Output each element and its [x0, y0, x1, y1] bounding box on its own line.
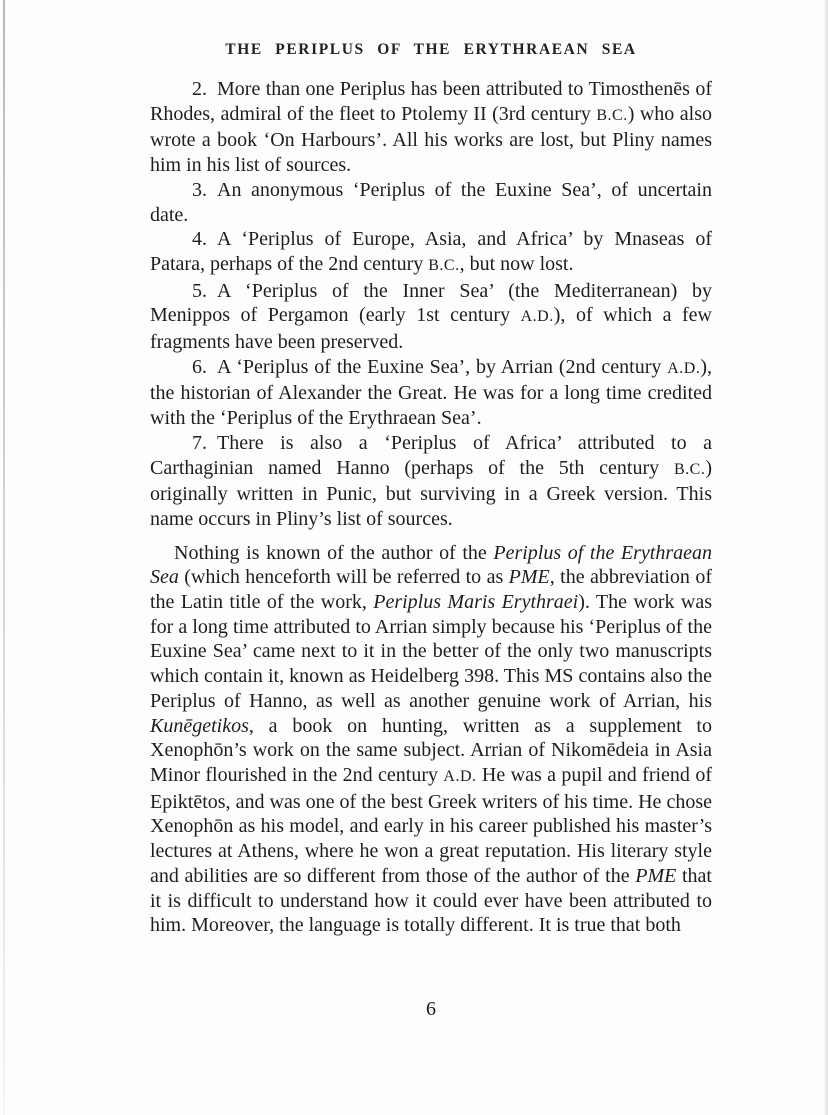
- running-header: THE PERIPLUS OF THE ERYTHRAEAN SEA: [150, 41, 712, 59]
- text-segment: PME: [635, 865, 676, 887]
- text-segment: PME: [509, 566, 550, 588]
- text-block: 2. More than one Periplus has been attri…: [150, 77, 712, 938]
- text-segment: A.D.: [667, 360, 700, 377]
- page-number: 6: [150, 998, 712, 1021]
- scan-right-edge-shade: [823, 0, 828, 1115]
- numbered-item-3: 3. An anonymous ‘Periplus of the Euxine …: [150, 178, 712, 227]
- text-segment: 7. There is also a ‘Periplus of Africa’ …: [150, 432, 712, 479]
- text-segment: (which henceforth will be referred to as: [179, 566, 509, 588]
- text-segment: B.C.: [596, 107, 627, 124]
- text-segment: 6. A ‘Periplus of the Euxine Sea’, by Ar…: [192, 356, 667, 378]
- text-segment: A.D.: [521, 308, 554, 325]
- book-page: THE PERIPLUS OF THE ERYTHRAEAN SEA 2. Mo…: [0, 0, 828, 1115]
- text-segment: B.C.: [674, 461, 705, 478]
- text-segment: , but now lost.: [460, 253, 574, 275]
- numbered-item-6: 6. A ‘Periplus of the Euxine Sea’, by Ar…: [150, 355, 712, 431]
- numbered-item-4: 4. A ‘Periplus of Europe, Asia, and Afri…: [150, 227, 712, 278]
- text-segment: A.D.: [443, 768, 476, 785]
- numbered-item-7: 7. There is also a ‘Periplus of Africa’ …: [150, 431, 712, 532]
- numbered-item-2: 2. More than one Periplus has been attri…: [150, 77, 712, 178]
- numbered-item-5: 5. A ‘Periplus of the Inner Sea’ (the Me…: [150, 279, 712, 355]
- text-segment: Periplus Maris Erythraei: [373, 591, 578, 613]
- text-segment: Kunēgetikos: [150, 715, 249, 737]
- scan-left-edge-line: [3, 0, 5, 1115]
- text-segment: 3. An anonymous ‘Periplus of the Euxine …: [150, 179, 712, 226]
- opening-paragraph: Nothing is known of the author of the Pe…: [150, 541, 712, 938]
- text-segment: Nothing is known of the author of the: [174, 542, 493, 564]
- text-segment: B.C.: [428, 257, 459, 274]
